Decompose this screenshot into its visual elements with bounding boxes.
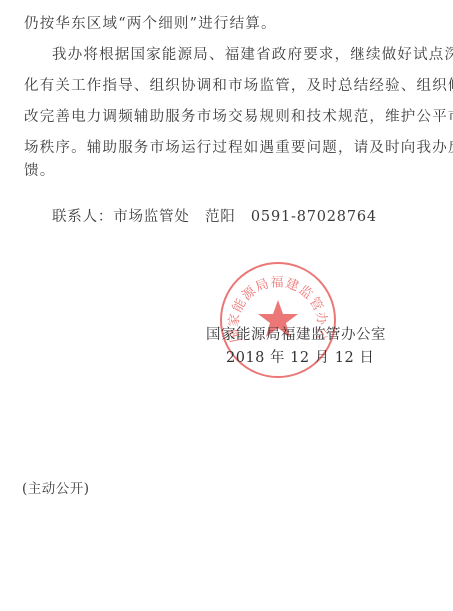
disclosure-note: (主动公开) (22, 479, 90, 499)
paragraph-2-line-3: 改完善电力调频辅助服务市场交易规则和技术规范，维护公平市 (24, 107, 453, 127)
paragraph-2-line-4: 场秩序。辅助服务市场运行过程如遇重要问题，请及时向我办反 (24, 138, 453, 158)
issuer-name: 国家能源局福建监管办公室 (206, 323, 386, 344)
paragraph-2-line-2: 化有关工作指导、组织协调和市场监管，及时总结经验、组织修 (24, 76, 453, 96)
paragraph-2-line-5: 馈。 (24, 161, 55, 181)
contact-line: 联系人：市场监管处 范阳 0591-87028764 (52, 207, 377, 227)
issue-date: 2018 年 12 月 12 日 (226, 346, 374, 367)
paragraph-2-line-1: 我办将根据国家能源局、福建省政府要求，继续做好试点深 (52, 45, 453, 65)
paragraph-1-tail: 仍按华东区域“两个细则”进行结算。 (24, 14, 277, 34)
